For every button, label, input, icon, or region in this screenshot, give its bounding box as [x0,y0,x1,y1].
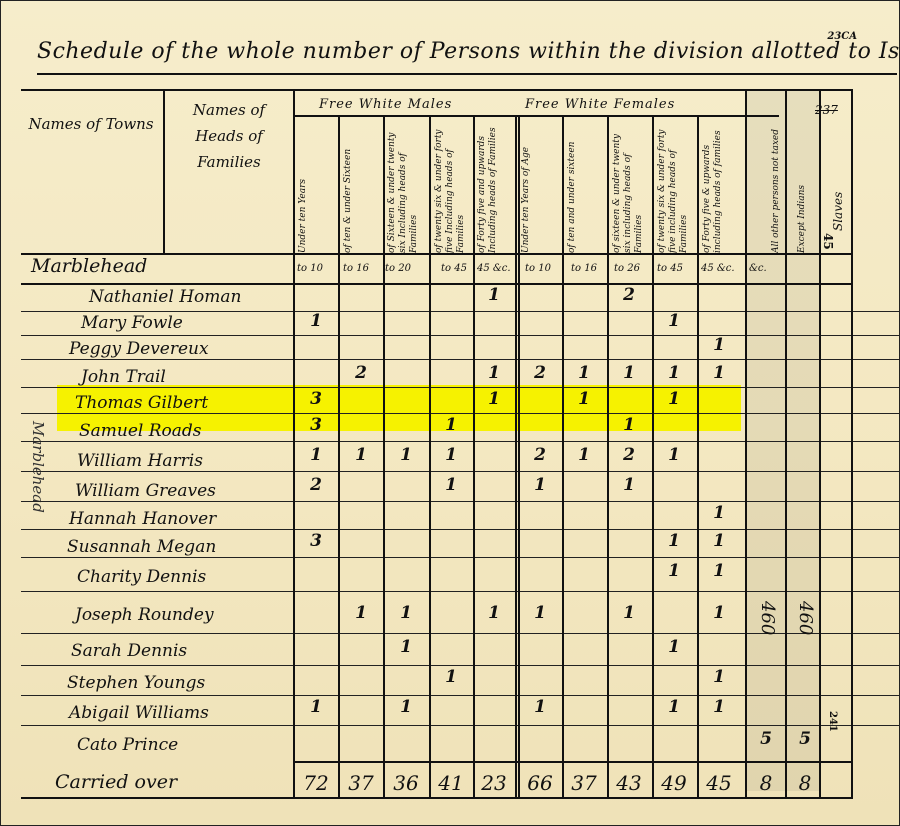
tally-cell: 1 [654,637,694,657]
tally-cell: 2 [609,445,649,465]
tally-cell: 1 [699,603,739,623]
col12-annotation: 460 [795,601,816,635]
tally-cell: 1 [654,697,694,717]
tally-cell: 1 [520,475,560,495]
tally-cell: 1 [564,363,604,383]
head-of-family: Stephen Youngs [67,673,205,693]
head-of-family: Sarah Dennis [71,641,187,661]
tally-cell: 1 [654,363,694,383]
tally-cell: 3 [296,415,336,435]
head-of-family: John Trail [81,367,166,387]
tally-cell: 2 [520,445,560,465]
head-of-family-highlighted: Thomas Gilbert [75,393,208,413]
head-of-family: William Harris [77,451,203,471]
tally-cell: 1 [386,637,426,657]
tally-cell: 1 [474,603,514,623]
head-of-family: Hannah Hanover [69,509,216,529]
tally-cell: 1 [520,697,560,717]
total-cell: 37 [562,771,606,795]
tally-cell: 1 [654,311,694,331]
total-cell: 43 [607,771,651,795]
carried-over-label: Carried over [55,771,177,793]
tally-cell: 1 [699,697,739,717]
tally-cell: 1 [654,531,694,551]
total-cell: 72 [294,771,338,795]
total-cell: 8 [744,771,788,795]
tally-cell: 1 [474,285,514,305]
slaves-annotation: 241 [827,711,838,732]
tally-cell: 1 [296,311,336,331]
head-of-family: Mary Fowle [81,313,183,333]
head-of-family: Peggy Devereux [69,339,209,359]
head-of-family: William Greaves [75,481,216,501]
tally-cell: 1 [564,445,604,465]
tally-cell: 1 [296,697,336,717]
tally-cell: 1 [699,335,739,355]
tally-cell: 1 [564,389,604,409]
tally-cell: 1 [609,603,649,623]
tally-cell: 1 [699,363,739,383]
tally-cell: 1 [474,363,514,383]
col11-annotation: 460 [757,601,778,635]
head-of-family: Joseph Roundey [75,605,214,625]
total-cell: 36 [384,771,428,795]
tally-cell: 1 [341,445,381,465]
tally-cell: 1 [609,415,649,435]
tally-cell: 2 [520,363,560,383]
census-page: 23CA Schedule of the whole number of Per… [0,0,900,826]
tally-cell: 1 [386,603,426,623]
tally-cell: 1 [296,445,336,465]
tally-cell: 1 [609,363,649,383]
total-cell: 41 [429,771,473,795]
tally-cell: 1 [699,503,739,523]
tally-cell: 1 [431,445,471,465]
tally-cell: 2 [341,363,381,383]
total-cell: 49 [652,771,696,795]
tally-cell: 1 [654,561,694,581]
tally-cell: 1 [699,667,739,687]
head-of-family: Abigail Williams [69,703,209,723]
tally-cell: 1 [431,667,471,687]
tally-cell: 1 [699,531,739,551]
tally-cell: 1 [431,475,471,495]
total-cell: 37 [339,771,383,795]
head-of-family: Charity Dennis [77,567,206,587]
total-cell: 23 [472,771,516,795]
tally-cell: 1 [474,389,514,409]
tally-cell: 1 [654,445,694,465]
total-cell: 45 [697,771,741,795]
tally-cell: 2 [609,285,649,305]
tally-cell: 3 [296,531,336,551]
tally-cell: 1 [654,389,694,409]
total-cell: 66 [518,771,562,795]
tally-cell: 1 [699,561,739,581]
head-of-family: Cato Prince [77,735,178,755]
head-of-family-highlighted: Samuel Roads [79,421,202,441]
head-of-family: Nathaniel Homan [89,287,241,307]
tally-cell: 3 [296,389,336,409]
tally-cell: 1 [386,445,426,465]
total-cell: 8 [783,771,827,795]
tally-cell: 1 [431,415,471,435]
tally-cell: 5 [785,729,825,749]
head-of-family: Susannah Megan [67,537,216,557]
tally-cell: 5 [746,729,786,749]
tally-cell: 1 [520,603,560,623]
tally-cell: 1 [386,697,426,717]
tally-cell: 1 [341,603,381,623]
tally-cell: 2 [296,475,336,495]
tally-cell: 1 [609,475,649,495]
